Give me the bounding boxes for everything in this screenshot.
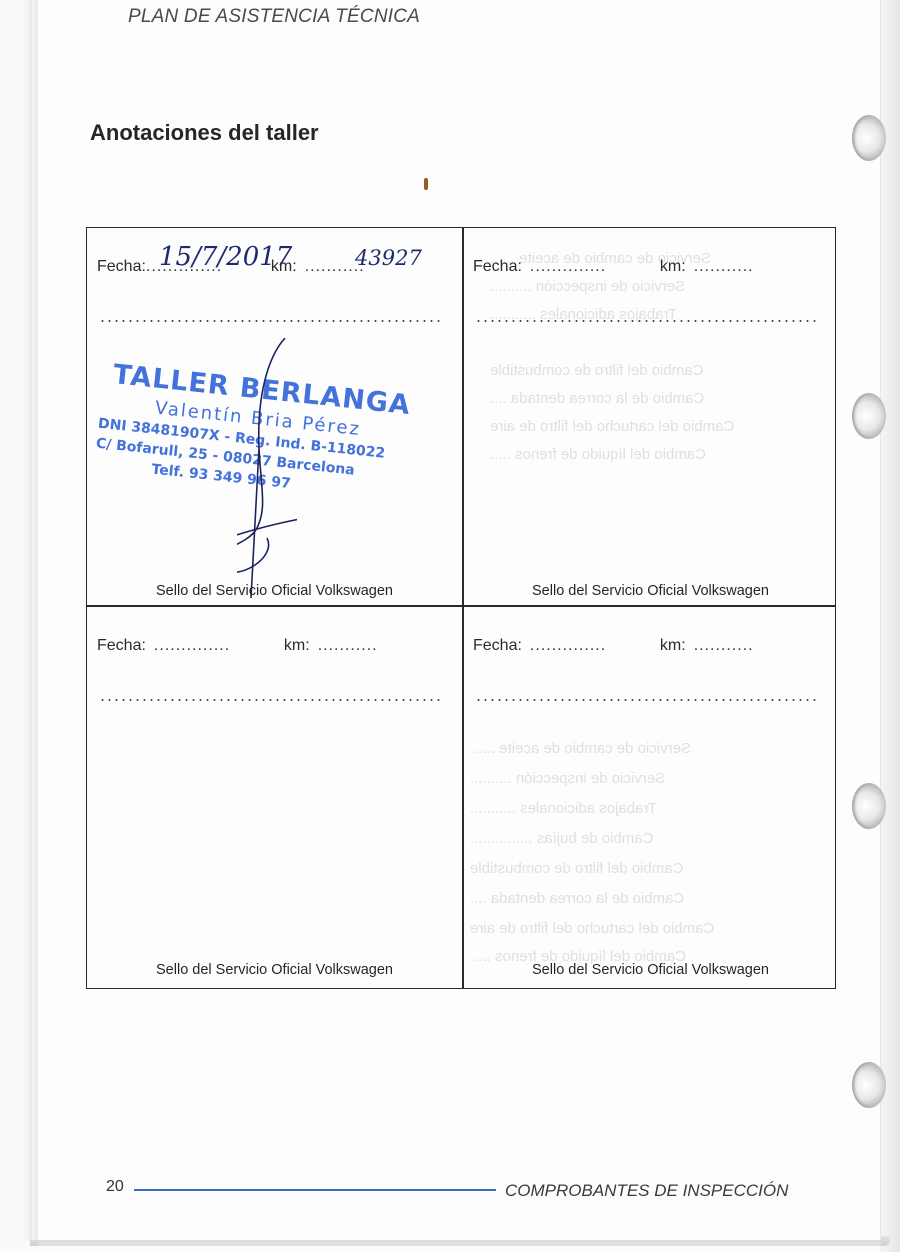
handwritten-km: 43927 xyxy=(355,246,422,270)
binder-ring-icon xyxy=(852,783,886,829)
fecha-label: Fecha: xyxy=(97,637,146,655)
binder-shadow xyxy=(880,0,900,1252)
km-label: km: xyxy=(284,637,310,655)
stamp-caption: Sello del Servicio Oficial Volkswagen xyxy=(463,583,838,599)
signature-icon xyxy=(237,338,297,598)
service-entry-1: Fecha: .............. km: ........... 15… xyxy=(87,228,462,607)
km-field[interactable]: ........... xyxy=(318,637,410,655)
fecha-km-row: Fecha: .............. km: ........... xyxy=(473,258,828,276)
running-header: PLAN DE ASISTENCIA TÉCNICA xyxy=(128,6,420,28)
km-field[interactable]: ........... xyxy=(694,258,786,276)
notes-dotted-line[interactable] xyxy=(99,699,444,701)
fecha-km-row: Fecha: .............. km: ........... xyxy=(473,637,828,655)
paper-stain xyxy=(424,178,428,190)
service-entry-2: Fecha: .............. km: ........... Se… xyxy=(463,228,838,607)
fecha-km-row: Fecha: .............. km: ........... xyxy=(97,637,452,655)
binder-ring-icon xyxy=(852,1062,886,1108)
binder-ring-icon xyxy=(852,393,886,439)
stamp-caption: Sello del Servicio Oficial Volkswagen xyxy=(87,962,462,978)
workshop-notes-grid: Fecha: .............. km: ........... 15… xyxy=(86,227,836,989)
fecha-label: Fecha: xyxy=(473,637,522,655)
fecha-label: Fecha: xyxy=(97,258,146,276)
fecha-field[interactable]: .............. xyxy=(530,637,660,655)
fecha-field[interactable]: .............. xyxy=(154,637,284,655)
section-title: Anotaciones del taller xyxy=(90,120,319,146)
footer-rule xyxy=(134,1189,496,1191)
km-label: km: xyxy=(660,637,686,655)
stamp-caption: Sello del Servicio Oficial Volkswagen xyxy=(87,583,462,599)
handwritten-fecha: 15/7/2017 xyxy=(159,242,292,272)
stamp-caption: Sello del Servicio Oficial Volkswagen xyxy=(463,962,838,978)
service-entry-4: Fecha: .............. km: ........... Se… xyxy=(463,607,838,986)
service-entry-3: Fecha: .............. km: ........... Se… xyxy=(87,607,462,986)
binder-ring-icon xyxy=(852,115,886,161)
notes-dotted-line[interactable] xyxy=(475,699,820,701)
km-field[interactable]: ........... xyxy=(694,637,786,655)
page-number: 20 xyxy=(106,1178,124,1196)
notes-dotted-line[interactable] xyxy=(99,320,444,322)
fecha-field[interactable]: .............. xyxy=(530,258,660,276)
fecha-label: Fecha: xyxy=(473,258,522,276)
notes-dotted-line[interactable] xyxy=(475,320,820,322)
footer-section-name: COMPROBANTES DE INSPECCIÓN xyxy=(505,1181,788,1201)
km-label: km: xyxy=(660,258,686,276)
